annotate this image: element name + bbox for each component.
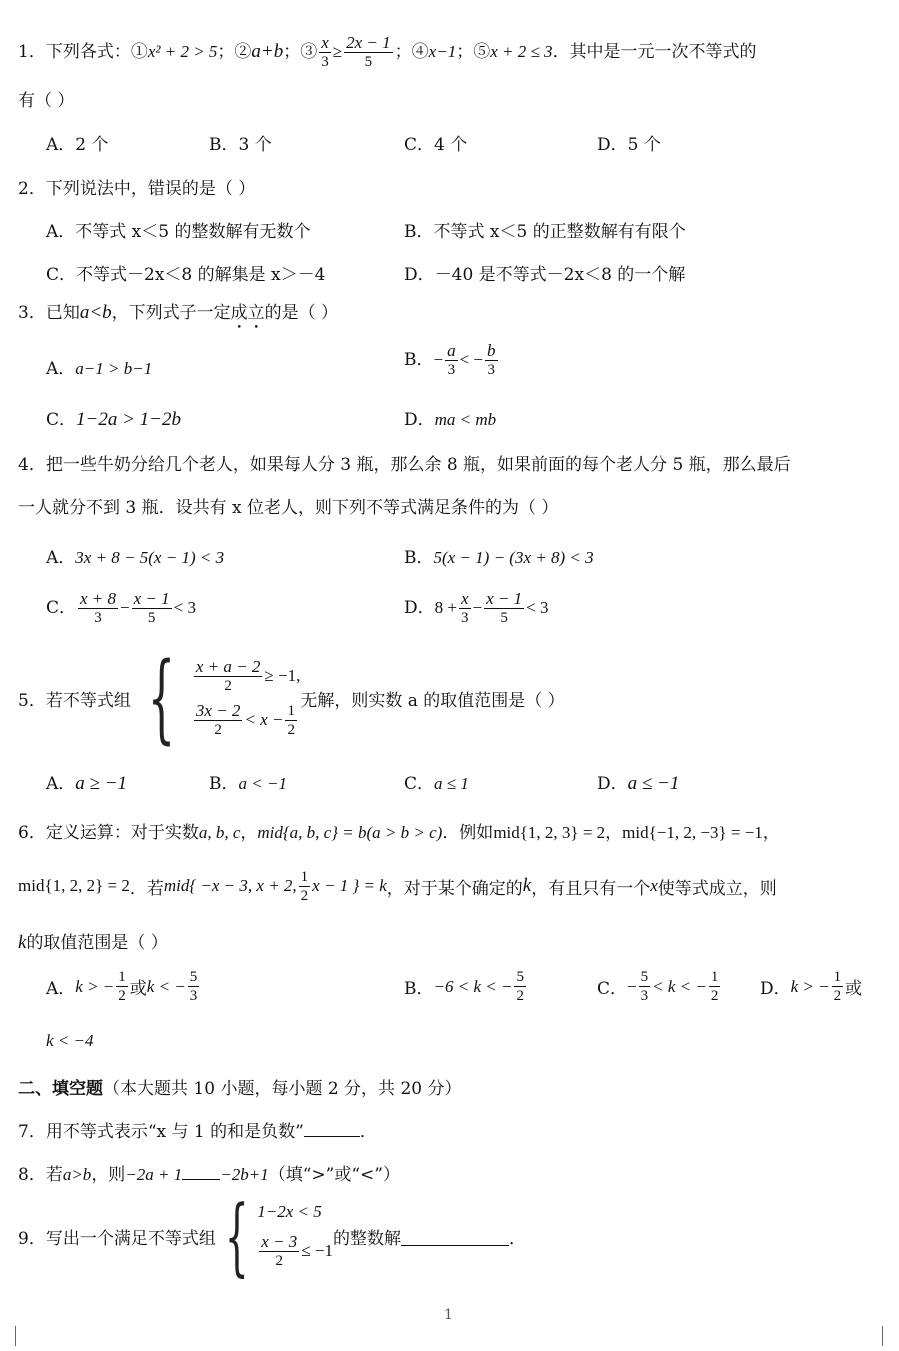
num: 1	[709, 968, 721, 987]
den: 2	[832, 987, 844, 1005]
expr: k < −	[147, 977, 186, 997]
sep: ；	[395, 42, 412, 62]
expr-2: a+b	[251, 41, 283, 62]
example-1: mid{1, 2, 3} = 2	[493, 823, 605, 842]
q2-option-a[interactable]: A．不等式 x＜5 的整数解有无数个	[46, 217, 311, 242]
den: 2	[299, 887, 311, 905]
example-2: mid{−1, 2, −3} = −1	[622, 823, 763, 842]
crop-mark-left	[15, 1326, 16, 1346]
section-title: 二、填空题	[18, 1079, 103, 1099]
num: 5	[188, 968, 200, 987]
q1-option-d[interactable]: D．5 个	[597, 130, 661, 155]
circled-1: ①	[131, 42, 148, 62]
end: ．	[509, 1224, 526, 1249]
text: 6．定义运算：对于实数	[18, 823, 199, 843]
q3-option-b[interactable]: B．−a3< −b3	[404, 342, 500, 379]
text: ，有且只有一个	[531, 874, 650, 899]
text: 8．若	[18, 1165, 63, 1185]
den: 3	[92, 609, 104, 627]
frac: 12	[299, 868, 311, 905]
sep: ；	[456, 42, 473, 62]
frac: x − 15	[132, 590, 172, 627]
den: 2	[274, 1252, 286, 1270]
num: 1	[285, 702, 297, 721]
expr: 3x + 8 − 5(x − 1) < 3	[75, 548, 224, 567]
den: 3	[446, 361, 458, 379]
text: 9．写出一个满足不等式组	[18, 1224, 216, 1249]
q6-option-c[interactable]: C．−53< k < −12	[597, 968, 722, 1005]
sep: ；	[283, 42, 300, 62]
mid-expr: mid{ −x − 3, x + 2,	[164, 876, 297, 896]
tail: ≤ −1	[301, 1241, 333, 1261]
den: 2	[116, 987, 128, 1005]
answer-blank[interactable]	[401, 1227, 509, 1246]
label: B．	[404, 974, 434, 999]
expr: a ≤ 1	[434, 774, 469, 793]
mid: < x −	[244, 710, 283, 730]
label: A．	[46, 548, 75, 568]
expr: a ≤ −1	[628, 773, 680, 794]
label: D．	[404, 598, 435, 618]
section-note: （本大题共 10 小题，每小题 2 分，共 20 分）	[103, 1079, 462, 1099]
num: a	[445, 342, 458, 361]
pre: 8 +	[435, 598, 457, 617]
q1-option-c[interactable]: C．4 个	[404, 130, 467, 155]
label: D．	[760, 974, 791, 999]
op: ≥	[333, 42, 342, 61]
expr: a ≥ −1	[75, 773, 127, 794]
frac: x3	[459, 590, 471, 627]
q3-option-c[interactable]: C．1−2a > 1−2b	[46, 405, 181, 431]
label: A．	[46, 359, 75, 379]
sep: ，	[605, 823, 622, 843]
page-number: 1	[444, 1307, 453, 1323]
lhs: −2a + 1	[125, 1165, 182, 1184]
var-k: k	[523, 875, 531, 897]
q5-stem: 5．若不等式组 { x + a − 22≥ −1, 3x − 22< x −12…	[18, 650, 565, 746]
sep: ，	[763, 823, 780, 843]
q6-option-d-cont: k < −4	[46, 1031, 94, 1051]
expr: k > −	[75, 977, 114, 997]
text: 的取值范围是（ ）	[26, 933, 167, 953]
text: ，对于某个确定的	[387, 874, 523, 899]
label: B．	[404, 350, 434, 370]
expr: ma < mb	[435, 410, 497, 429]
q3-text-b: 的是（ ）	[265, 303, 338, 323]
rhs: −2b+1	[220, 1165, 268, 1184]
tail: < 3	[526, 598, 548, 617]
op: −	[120, 598, 130, 617]
emphasis-text: 成立	[231, 303, 265, 323]
section-2-heading: 二、填空题（本大题共 10 小题，每小题 2 分，共 20 分）	[18, 1074, 462, 1099]
q5-option-a[interactable]: A．a ≥ −1	[46, 769, 127, 795]
q7-stem: 7．用不等式表示“x 与 1 的和是负数”．	[18, 1117, 377, 1142]
num: 5	[639, 968, 651, 987]
label: B．	[209, 774, 239, 794]
num: 1	[116, 968, 128, 987]
q5-text-b: 无解，则实数 a 的取值范围是（ ）	[300, 686, 564, 711]
q4-option-b[interactable]: B．5(x − 1) − (3x + 8) < 3	[404, 543, 594, 568]
circled-5: ⑤	[473, 42, 490, 62]
q2-option-b[interactable]: B．不等式 x＜5 的正整数解有有限个	[404, 217, 686, 242]
condition: a>b	[63, 1165, 91, 1184]
q6-stem-line1: 6．定义运算：对于实数a, b, c，mid{a, b, c} = b(a > …	[18, 818, 780, 843]
frac: x + 83	[78, 590, 118, 627]
expr: 1−2a > 1−2b	[76, 409, 181, 430]
frac: x + a − 22	[194, 658, 263, 695]
row-1: 1−2x < 5	[257, 1197, 333, 1227]
q1-text: 下列各式：	[46, 42, 131, 62]
den: 3	[188, 987, 200, 1005]
frac: 12	[832, 968, 844, 1005]
expr: −6 < k < −	[434, 977, 513, 997]
row-1: x + a − 22≥ −1,	[192, 654, 300, 698]
num: 1	[832, 968, 844, 987]
q6-option-b[interactable]: B．−6 < k < −52	[404, 968, 528, 1005]
expr: 5(x − 1) − (3x + 8) < 3	[434, 548, 594, 567]
text: ．例如	[442, 823, 493, 843]
row-2: x − 32≤ −1	[257, 1227, 333, 1275]
text: 使等式成立，则	[658, 874, 777, 899]
expr-5: x + 2 ≤ 3	[490, 42, 552, 61]
answer-blank[interactable]	[304, 1136, 360, 1137]
text: 7．用不等式表示“x 与 1 的和是负数”	[18, 1122, 304, 1142]
num: 5	[514, 968, 526, 987]
expr: 1−2x < 5	[257, 1202, 322, 1222]
q1-text-b: ．其中是一元一次不等式的	[553, 42, 757, 62]
text: （填“>”或“<”）	[269, 1165, 400, 1185]
num: x + a − 2	[194, 658, 263, 677]
row-2: 3x − 22< x −12	[192, 698, 300, 742]
den: 5	[363, 53, 375, 71]
left-brace-icon: {	[148, 650, 175, 746]
vars: a, b, c	[199, 823, 241, 842]
frac: 52	[514, 968, 526, 1005]
q3-stem: 3．已知a<b，下列式子一定成立的是（ ）	[18, 298, 338, 333]
den: 2	[285, 721, 297, 739]
answer-blank[interactable]	[182, 1179, 220, 1180]
den: 5	[498, 609, 510, 627]
q1-option-b[interactable]: B．3 个	[209, 130, 272, 155]
frac: 3x − 22	[194, 702, 243, 739]
label: D．	[597, 774, 628, 794]
circled-3: ③	[300, 42, 317, 62]
den: 3	[459, 609, 471, 627]
label: A．	[46, 774, 75, 794]
sep: ；	[217, 42, 234, 62]
num: 1	[299, 868, 311, 887]
expr: a < −1	[239, 774, 287, 793]
q1-option-a[interactable]: A．2 个	[46, 130, 109, 155]
expr-3-rhs: 2x − 15	[344, 34, 393, 71]
crop-mark-right	[882, 1326, 883, 1346]
label: D．	[404, 410, 435, 430]
label: A．	[46, 974, 75, 999]
inequality-system: 1−2x < 5 x − 32≤ −1	[257, 1197, 333, 1275]
q6-option-d[interactable]: D．k > −12或	[760, 968, 862, 1005]
frac: a3	[445, 342, 458, 379]
q6-option-a[interactable]: A．k > −12或k < −53	[46, 968, 201, 1005]
var-x: x	[650, 876, 658, 896]
tail: < 3	[174, 598, 196, 617]
num: x − 1	[132, 590, 172, 609]
example-3: mid{1, 2, 2} = 2	[18, 876, 130, 896]
op: < −	[460, 350, 483, 369]
label: C．	[46, 410, 76, 430]
frac: x − 15	[484, 590, 524, 627]
q2-option-c[interactable]: C．不等式－2x＜8 的解集是 x＞－4	[46, 260, 325, 285]
q3-condition: a<b	[80, 302, 112, 323]
q4-stem-line2: 一人就分不到 3 瓶．设共有 x 位老人，则下列不等式满足条件的为（ ）	[18, 493, 558, 518]
frac: b3	[485, 342, 498, 379]
q8-stem: 8．若a>b，则−2a + 1−2b+1（填“>”或“<”）	[18, 1160, 400, 1185]
num: x	[459, 590, 471, 609]
q5-option-b[interactable]: B．a < −1	[209, 769, 287, 794]
or: 或	[130, 974, 147, 999]
label: C．	[597, 974, 627, 999]
label: C．	[404, 774, 434, 794]
num: 3x − 2	[194, 702, 243, 721]
q4-option-c[interactable]: C．x + 83−x − 15< 3	[46, 590, 196, 627]
text: 的整数解	[333, 1224, 401, 1249]
q2-option-d[interactable]: D．－40 是不等式－2x＜8 的一个解	[404, 260, 685, 285]
num: x − 1	[484, 590, 524, 609]
num: x − 3	[259, 1233, 299, 1252]
q4-stem-line1: 4．把一些牛奶分给几个老人，如果每人分 3 瓶，那么余 8 瓶，如果前面的每个老…	[18, 450, 791, 475]
inequality-system: x + a − 22≥ −1, 3x − 22< x −12	[192, 654, 300, 742]
q6-stem-line3: k的取值范围是（ ）	[18, 928, 168, 954]
tail: ≥ −1,	[264, 666, 300, 686]
frac: 12	[116, 968, 128, 1005]
num: x + 8	[78, 590, 118, 609]
q1-stem-cont: 有（ ）	[18, 86, 74, 111]
left-brace-icon: {	[225, 1194, 249, 1278]
den: 2	[222, 677, 234, 695]
q6-stem-line2: mid{1, 2, 2} = 2．若mid{ −x − 3, x + 2,12x…	[18, 866, 777, 906]
text: ，则	[91, 1165, 125, 1185]
expr-4: x−1	[429, 42, 457, 61]
mid-expr-b: x − 1 } = k	[312, 876, 387, 896]
op: −	[473, 598, 483, 617]
q4-option-a[interactable]: A．3x + 8 − 5(x − 1) < 3	[46, 543, 224, 568]
num: x	[319, 34, 331, 53]
q5-option-c[interactable]: C．a ≤ 1	[404, 769, 469, 794]
den: 2	[514, 987, 526, 1005]
q1-stem: 1．下列各式：①x² + 2 > 5；②a+b；③x3≥2x − 15；④x−1…	[18, 34, 757, 71]
expr: k > −	[791, 977, 830, 997]
expr-3-lhs: x3	[319, 34, 331, 71]
den: 3	[639, 987, 651, 1005]
text: ，	[240, 823, 257, 843]
expr: < k < −	[652, 977, 707, 997]
den: 2	[212, 721, 224, 739]
frac: 53	[188, 968, 200, 1005]
or: 或	[845, 974, 862, 999]
den: 3	[319, 53, 331, 71]
q2-stem: 2．下列说法中，错误的是（ ）	[18, 174, 255, 199]
q1-number: 1．	[18, 42, 46, 62]
label: C．	[46, 598, 76, 618]
circled-4: ④	[412, 42, 429, 62]
q3-text: ，下列式子一定	[112, 303, 231, 323]
q3-option-d[interactable]: D．ma < mb	[404, 405, 496, 430]
frac: 53	[639, 968, 651, 1005]
den: 5	[146, 609, 158, 627]
minus: −	[434, 350, 444, 369]
q3-option-a[interactable]: A．a−1 > b−1	[46, 354, 152, 379]
expr: a−1 > b−1	[75, 359, 152, 378]
frac: 12	[709, 968, 721, 1005]
num: b	[485, 342, 498, 361]
circled-2: ②	[234, 42, 251, 62]
q5-text: 5．若不等式组	[18, 686, 131, 711]
frac: 12	[285, 702, 297, 739]
text: ．若	[130, 874, 164, 899]
definition: mid{a, b, c} = b(a > b > c)	[257, 823, 442, 842]
den: 2	[709, 987, 721, 1005]
num: 2x − 1	[344, 34, 393, 53]
q4-option-d[interactable]: D．8 +x3−x − 15< 3	[404, 590, 549, 627]
label: B．	[404, 548, 434, 568]
q5-option-d[interactable]: D．a ≤ −1	[597, 769, 679, 795]
minus: −	[627, 977, 637, 997]
frac: x − 32	[259, 1233, 299, 1270]
q9-stem: 9．写出一个满足不等式组 { 1−2x < 5 x − 32≤ −1 的整数解．	[18, 1194, 526, 1278]
q3-number: 3．已知	[18, 303, 80, 323]
expr-1: x² + 2 > 5	[148, 42, 218, 61]
end: ．	[360, 1122, 377, 1142]
den: 3	[486, 361, 498, 379]
